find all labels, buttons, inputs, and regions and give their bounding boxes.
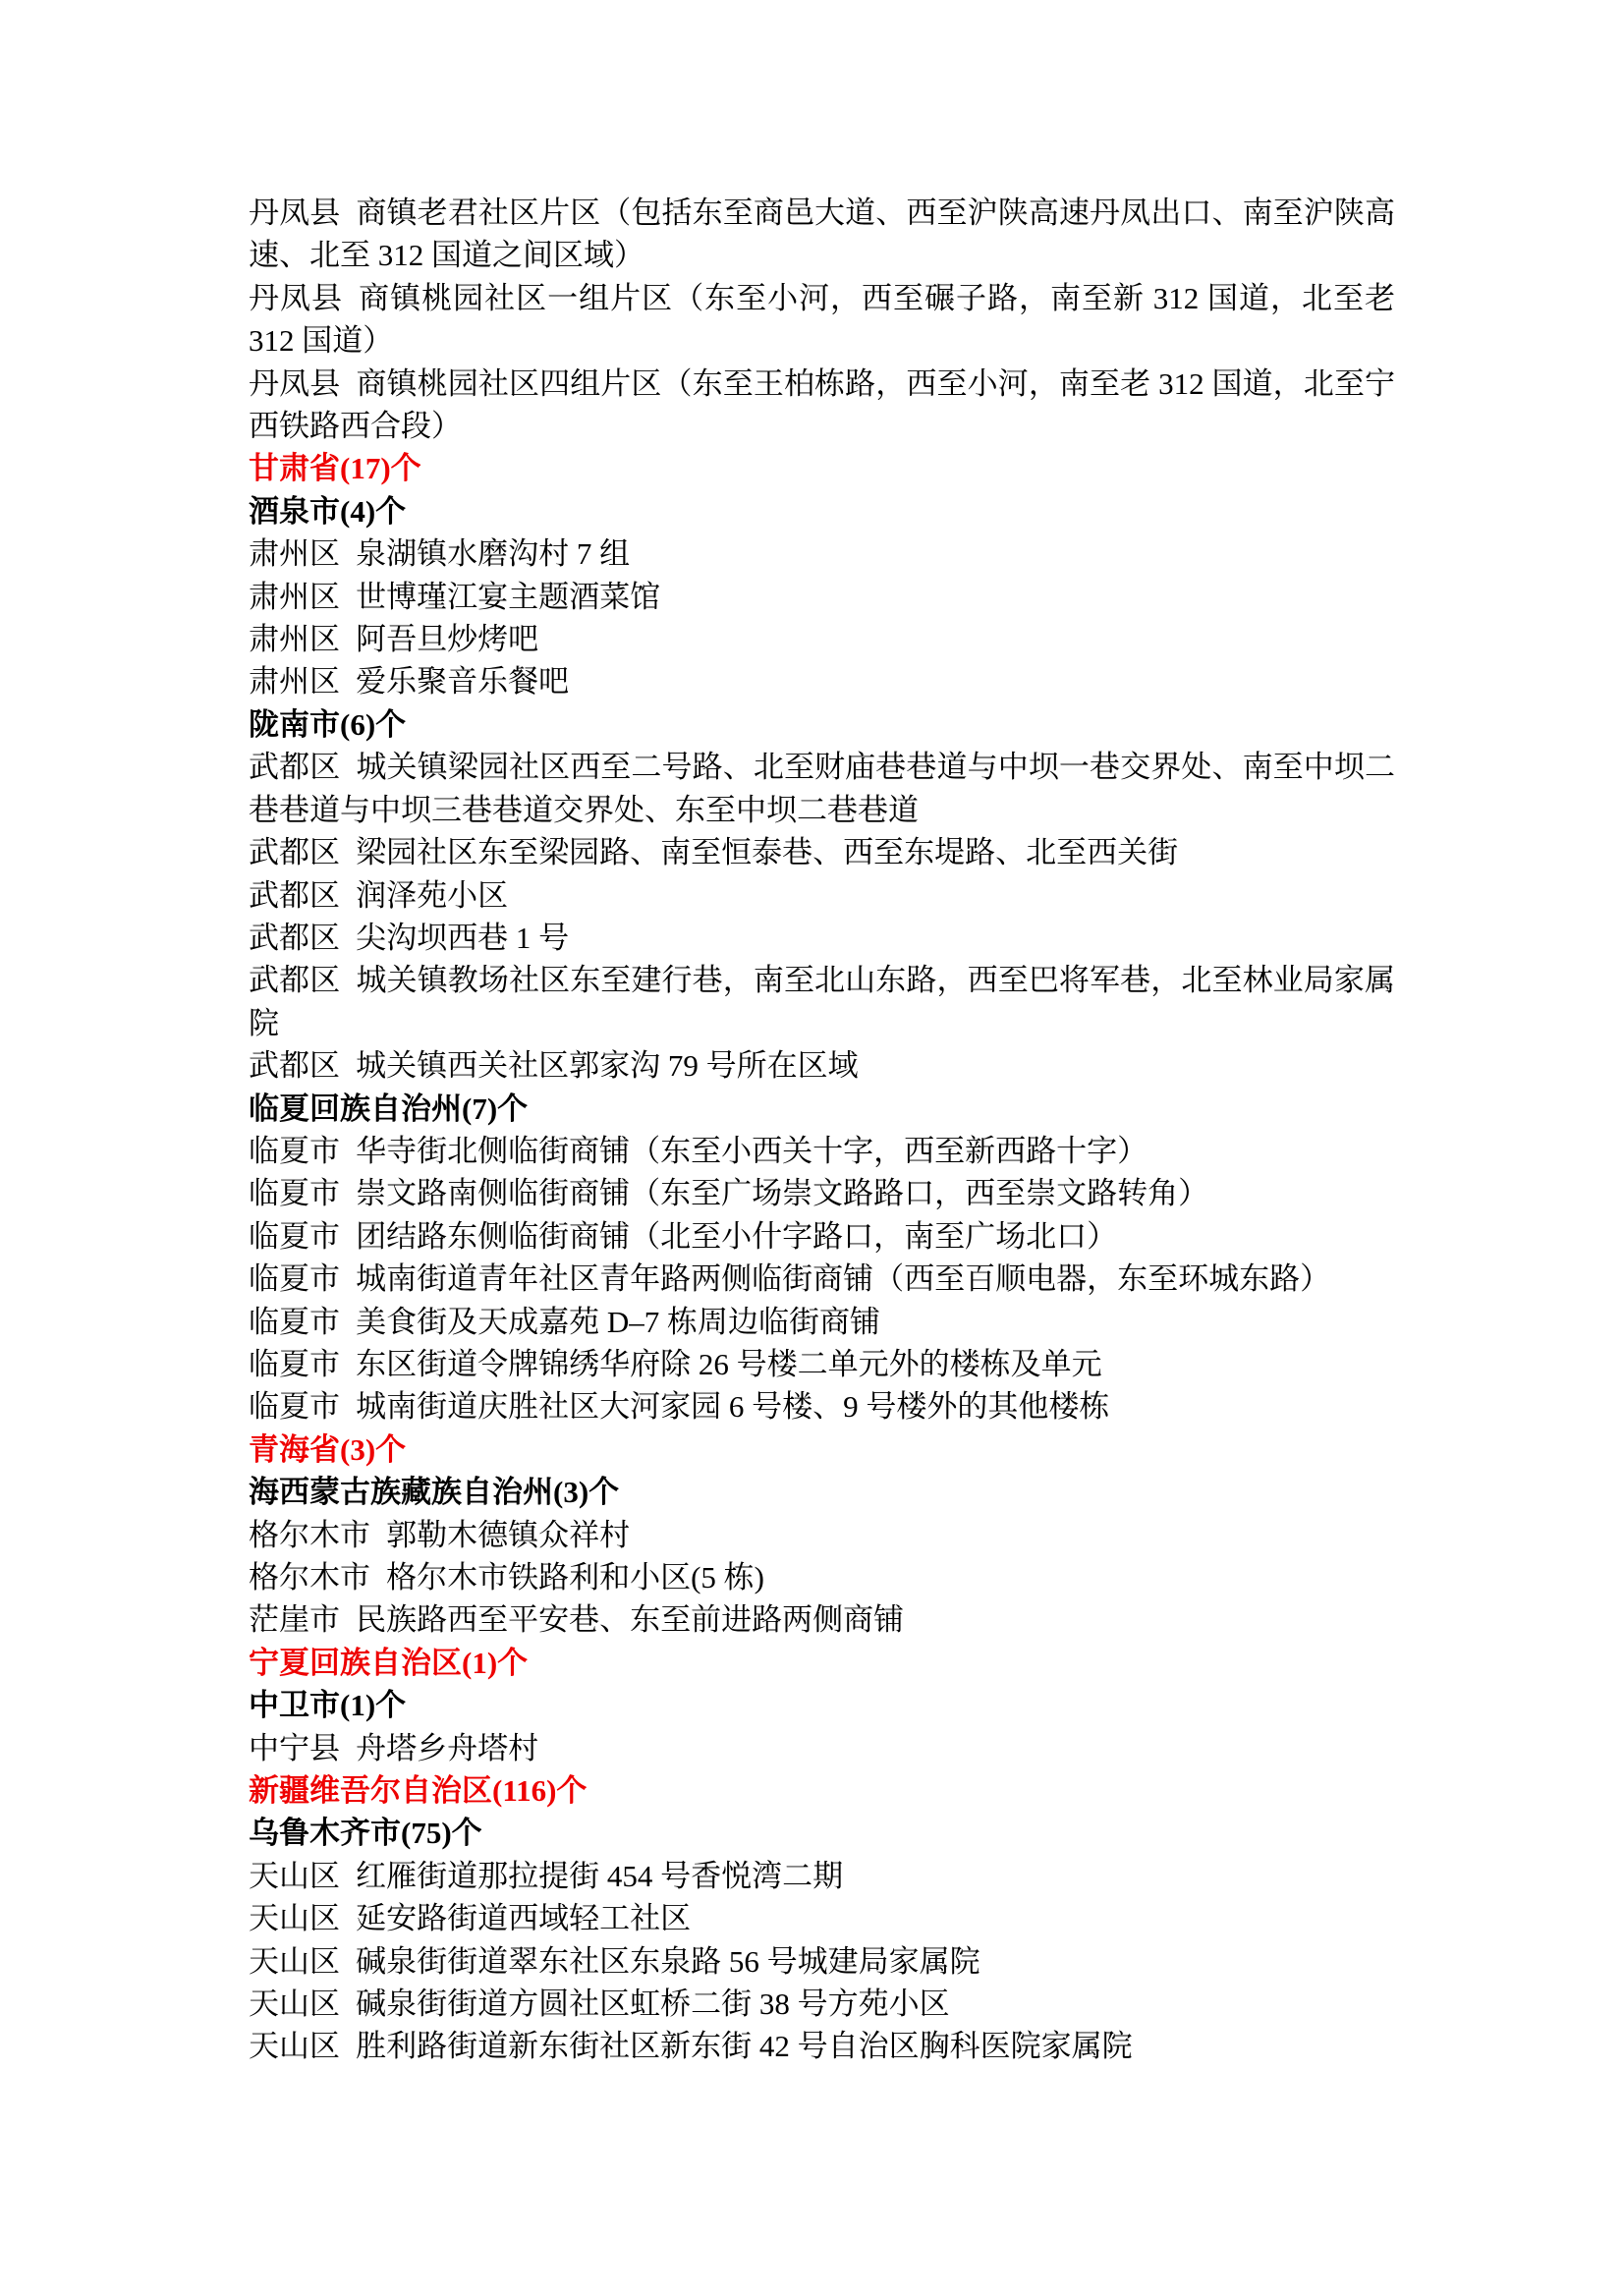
entry-row: 肃州区阿吾旦炒烤吧 [249, 618, 1395, 660]
entry-row: 天山区碱泉街街道方圆社区虹桥二街 38 号方苑小区 [249, 1983, 1395, 2025]
entry-row: 肃州区爱乐聚音乐餐吧 [249, 660, 1395, 702]
entry-region: 临夏市 [249, 1347, 340, 1381]
entry-region: 天山区 [249, 1901, 340, 1935]
entry-region: 临夏市 [249, 1219, 340, 1254]
entry-row: 武都区城关镇梁园社区西至二号路、北至财庙巷巷道与中坝一巷交界处、南至中坝二巷巷道… [249, 746, 1395, 831]
entry-description: 阿吾旦炒烤吧 [356, 622, 538, 656]
entry-description: 润泽苑小区 [356, 878, 508, 913]
entry-region: 肃州区 [249, 580, 340, 614]
entry-row: 天山区碱泉街街道翠东社区东泉路 56 号城建局家属院 [249, 1940, 1395, 1983]
entry-region: 丹凤县 [249, 366, 340, 401]
entry-row: 天山区红雁街道那拉提街 454 号香悦湾二期 [249, 1855, 1395, 1897]
entry-row: 丹凤县商镇桃园社区四组片区（东至王柏栋路，西至小河，南至老 312 国道，北至宁… [249, 363, 1395, 448]
entry-region: 肃州区 [249, 536, 340, 571]
entry-description: 尖沟坝西巷 1 号 [356, 921, 569, 955]
entry-description: 延安路街道西域轻工社区 [356, 1901, 691, 1935]
entry-description: 泉湖镇水磨沟村 7 组 [356, 536, 630, 571]
entry-row: 武都区城关镇西关社区郭家沟 79 号所在区域 [249, 1044, 1395, 1087]
entry-description: 美食街及天成嘉苑 D–7 栋周边临街商铺 [356, 1305, 880, 1339]
entry-row: 天山区胜利路街道新东街社区新东街 42 号自治区胸科医院家属院 [249, 2025, 1395, 2067]
entry-row: 丹凤县商镇老君社区片区（包括东至商邑大道、西至沪陕高速丹凤出口、南至沪陕高速、北… [249, 192, 1395, 277]
entry-region: 丹凤县 [249, 196, 340, 230]
entry-row: 临夏市城南街道庆胜社区大河家园 6 号楼、9 号楼外的其他楼栋 [249, 1385, 1395, 1427]
entry-region: 武都区 [249, 1048, 340, 1083]
entry-row: 中宁县舟塔乡舟塔村 [249, 1727, 1395, 1769]
entry-row: 临夏市城南街道青年社区青年路两侧临街商铺（西至百顺电器，东至环城东路） [249, 1258, 1395, 1300]
entry-description: 城南街道青年社区青年路两侧临街商铺（西至百顺电器，东至环城东路） [356, 1261, 1330, 1296]
entry-row: 格尔木市郭勒木德镇众祥村 [249, 1514, 1395, 1556]
province-heading: 青海省(3)个 [249, 1428, 1395, 1471]
entry-row: 临夏市崇文路南侧临街商铺（东至广场崇文路路口，西至崇文路转角） [249, 1172, 1395, 1214]
city-heading: 临夏回族自治州(7)个 [249, 1088, 1395, 1130]
entry-description: 碱泉街街道方圆社区虹桥二街 38 号方苑小区 [356, 1987, 950, 2021]
entry-region: 武都区 [249, 963, 340, 997]
province-heading: 宁夏回族自治区(1)个 [249, 1642, 1395, 1684]
entry-region: 肃州区 [249, 664, 340, 699]
city-heading: 陇南市(6)个 [249, 703, 1395, 746]
entry-description: 红雁街道那拉提街 454 号香悦湾二期 [356, 1859, 843, 1893]
entry-row: 临夏市东区街道令牌锦绣华府除 26 号楼二单元外的楼栋及单元 [249, 1343, 1395, 1385]
entry-region: 临夏市 [249, 1176, 340, 1210]
entry-region: 天山区 [249, 2029, 340, 2063]
entry-region: 天山区 [249, 1859, 340, 1893]
entry-region: 格尔木市 [249, 1560, 370, 1595]
entry-row: 临夏市华寺街北侧临街商铺（东至小西关十字，西至新西路十字） [249, 1130, 1395, 1172]
entry-row: 武都区城关镇教场社区东至建行巷，南至北山东路，西至巴将军巷，北至林业局家属院 [249, 959, 1395, 1044]
document-body: 丹凤县商镇老君社区片区（包括东至商邑大道、西至沪陕高速丹凤出口、南至沪陕高速、北… [249, 192, 1395, 2068]
entry-row: 格尔木市格尔木市铁路利和小区(5 栋) [249, 1556, 1395, 1598]
entry-description: 胜利路街道新东街社区新东街 42 号自治区胸科医院家属院 [356, 2029, 1133, 2063]
entry-description: 舟塔乡舟塔村 [356, 1731, 538, 1765]
entry-description: 崇文路南侧临街商铺（东至广场崇文路路口，西至崇文路转角） [356, 1176, 1208, 1210]
entry-row: 天山区延安路街道西域轻工社区 [249, 1897, 1395, 1939]
document-page: 丹凤县商镇老君社区片区（包括东至商邑大道、西至沪陕高速丹凤出口、南至沪陕高速、北… [0, 0, 1624, 2295]
entry-region: 临夏市 [249, 1389, 340, 1424]
entry-region: 天山区 [249, 1944, 340, 1979]
province-heading: 甘肃省(17)个 [249, 447, 1395, 489]
entry-row: 临夏市美食街及天成嘉苑 D–7 栋周边临街商铺 [249, 1301, 1395, 1343]
entry-region: 武都区 [249, 921, 340, 955]
entry-description: 城关镇教场社区东至建行巷，南至北山东路，西至巴将军巷，北至林业局家属院 [249, 963, 1395, 1039]
entry-description: 商镇桃园社区四组片区（东至王柏栋路，西至小河，南至老 312 国道，北至宁西铁路… [249, 366, 1395, 443]
entry-description: 碱泉街街道翠东社区东泉路 56 号城建局家属院 [356, 1944, 980, 1979]
entry-row: 肃州区世博瑾江宴主题酒菜馆 [249, 576, 1395, 618]
entry-description: 东区街道令牌锦绣华府除 26 号楼二单元外的楼栋及单元 [356, 1347, 1102, 1381]
entry-region: 中宁县 [249, 1731, 340, 1765]
entry-region: 武都区 [249, 750, 340, 784]
entry-row: 茫崖市民族路西至平安巷、东至前进路两侧商铺 [249, 1598, 1395, 1641]
entry-description: 爱乐聚音乐餐吧 [356, 664, 569, 699]
entry-description: 格尔木市铁路利和小区(5 栋) [386, 1560, 764, 1595]
entry-description: 郭勒木德镇众祥村 [386, 1518, 630, 1552]
entry-row: 武都区尖沟坝西巷 1 号 [249, 917, 1395, 959]
city-heading: 中卫市(1)个 [249, 1684, 1395, 1726]
entry-description: 城关镇西关社区郭家沟 79 号所在区域 [356, 1048, 859, 1083]
entry-region: 肃州区 [249, 622, 340, 656]
entry-region: 临夏市 [249, 1261, 340, 1296]
city-heading: 酒泉市(4)个 [249, 490, 1395, 532]
entry-row: 武都区润泽苑小区 [249, 874, 1395, 917]
entry-row: 肃州区泉湖镇水磨沟村 7 组 [249, 532, 1395, 575]
province-heading: 新疆维吾尔自治区(116)个 [249, 1769, 1395, 1812]
entry-description: 城关镇梁园社区西至二号路、北至财庙巷巷道与中坝一巷交界处、南至中坝二巷巷道与中坝… [249, 750, 1395, 826]
entry-region: 茫崖市 [249, 1602, 340, 1637]
entry-region: 格尔木市 [249, 1518, 370, 1552]
entry-description: 民族路西至平安巷、东至前进路两侧商铺 [356, 1602, 904, 1637]
entry-description: 商镇老君社区片区（包括东至商邑大道、西至沪陕高速丹凤出口、南至沪陕高速、北至 3… [249, 196, 1395, 272]
entry-row: 临夏市团结路东侧临街商铺（北至小什字路口，南至广场北口） [249, 1215, 1395, 1258]
entry-description: 世博瑾江宴主题酒菜馆 [356, 580, 660, 614]
entry-region: 武都区 [249, 878, 340, 913]
entry-row: 武都区梁园社区东至梁园路、南至恒泰巷、西至东堤路、北至西关街 [249, 831, 1395, 873]
entry-region: 临夏市 [249, 1305, 340, 1339]
entry-description: 华寺街北侧临街商铺（东至小西关十字，西至新西路十字） [356, 1134, 1148, 1168]
entry-region: 武都区 [249, 835, 340, 869]
city-heading: 乌鲁木齐市(75)个 [249, 1812, 1395, 1854]
entry-description: 城南街道庆胜社区大河家园 6 号楼、9 号楼外的其他楼栋 [356, 1389, 1109, 1424]
entry-region: 天山区 [249, 1987, 340, 2021]
entry-description: 团结路东侧临街商铺（北至小什字路口，南至广场北口） [356, 1219, 1117, 1254]
entry-row: 丹凤县商镇桃园社区一组片区（东至小河，西至碾子路，南至新 312 国道，北至老 … [249, 277, 1395, 363]
entry-description: 商镇桃园社区一组片区（东至小河，西至碾子路，南至新 312 国道，北至老 312… [249, 281, 1395, 358]
entry-region: 临夏市 [249, 1134, 340, 1168]
entry-description: 梁园社区东至梁园路、南至恒泰巷、西至东堤路、北至西关街 [356, 835, 1178, 869]
entry-region: 丹凤县 [249, 281, 343, 315]
city-heading: 海西蒙古族藏族自治州(3)个 [249, 1471, 1395, 1513]
